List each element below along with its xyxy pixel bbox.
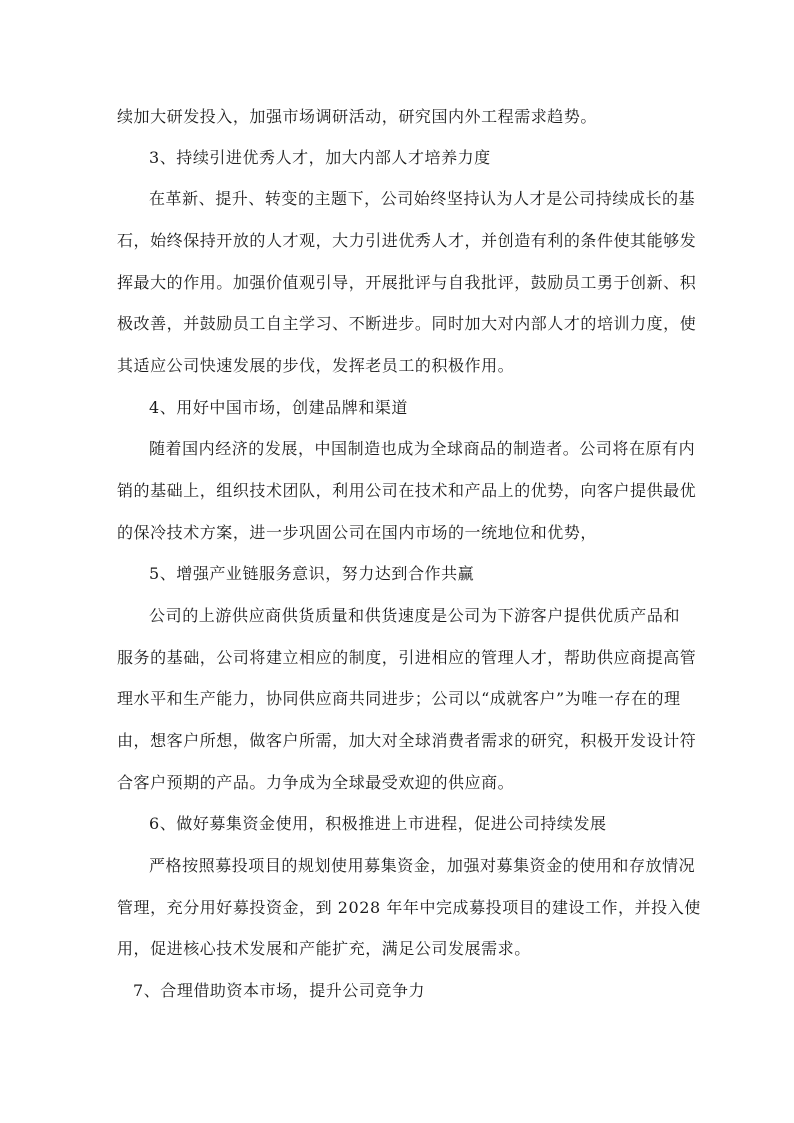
paragraph-line: 销的基础上，组织技术团队，利用公司在技术和产品上的优势，向客户提供最优	[117, 477, 680, 505]
section-heading-7: 7、合理借助资本市场，提升公司竞争力	[117, 977, 680, 1005]
paragraph-line: 随着国内经济的发展，中国制造也成为全球商品的制造者。公司将在原有内	[117, 435, 680, 463]
paragraph-line: 用，促进核心技术发展和产能扩充，满足公司发展需求。	[117, 935, 680, 963]
section-heading-6: 6、做好募集资金使用，积极推进上市进程，促进公司持续发展	[117, 810, 680, 838]
paragraph-line: 严格按照募投项目的规划使用募集资金，加强对募集资金的使用和存放情况	[117, 852, 680, 880]
paragraph-line: 管理，充分用好募投资金，到 2028 年年中完成募投项目的建设工作，并投入使	[117, 894, 680, 922]
section-heading-3: 3、持续引进优秀人才，加大内部人才培养力度	[117, 144, 680, 172]
section-heading-5: 5、增强产业链服务意识，努力达到合作共赢	[117, 560, 680, 588]
paragraph-line: 极改善，并鼓励员工自主学习、不断进步。同时加大对内部人才的培训力度，使	[117, 310, 680, 338]
paragraph-line: 公司的上游供应商供货质量和供货速度是公司为下游客户提供优质产品和	[117, 602, 680, 630]
section-heading-4: 4、用好中国市场，创建品牌和渠道	[117, 394, 680, 422]
paragraph-line: 合客户预期的产品。力争成为全球最受欢迎的供应商。	[117, 769, 680, 797]
paragraph-line: 在革新、提升、转变的主题下，公司始终坚持认为人才是公司持续成长的基	[117, 185, 680, 213]
paragraph-line: 石，始终保持开放的人才观，大力引进优秀人才，并创造有利的条件使其能够发	[117, 227, 680, 255]
paragraph-line: 挥最大的作用。加强价值观引导，开展批评与自我批评，鼓励员工勇于创新、积	[117, 269, 680, 297]
paragraph-line: 续加大研发投入，加强市场调研活动，研究国内外工程需求趋势。	[117, 103, 680, 131]
paragraph-line: 由，想客户所想，做客户所需，加大对全球消费者需求的研究，积极开发设计符	[117, 727, 680, 755]
paragraph-line: 其适应公司快速发展的步伐，发挥老员工的积极作用。	[117, 352, 680, 380]
paragraph-line: 服务的基础，公司将建立相应的制度，引进相应的管理人才，帮助供应商提高管	[117, 644, 680, 672]
paragraph-line: 的保冷技术方案，进一步巩固公司在国内市场的一统地位和优势，	[117, 519, 680, 547]
paragraph-line: 理水平和生产能力，协同供应商共同进步；公司以“成就客户”为唯一存在的理	[117, 685, 680, 713]
